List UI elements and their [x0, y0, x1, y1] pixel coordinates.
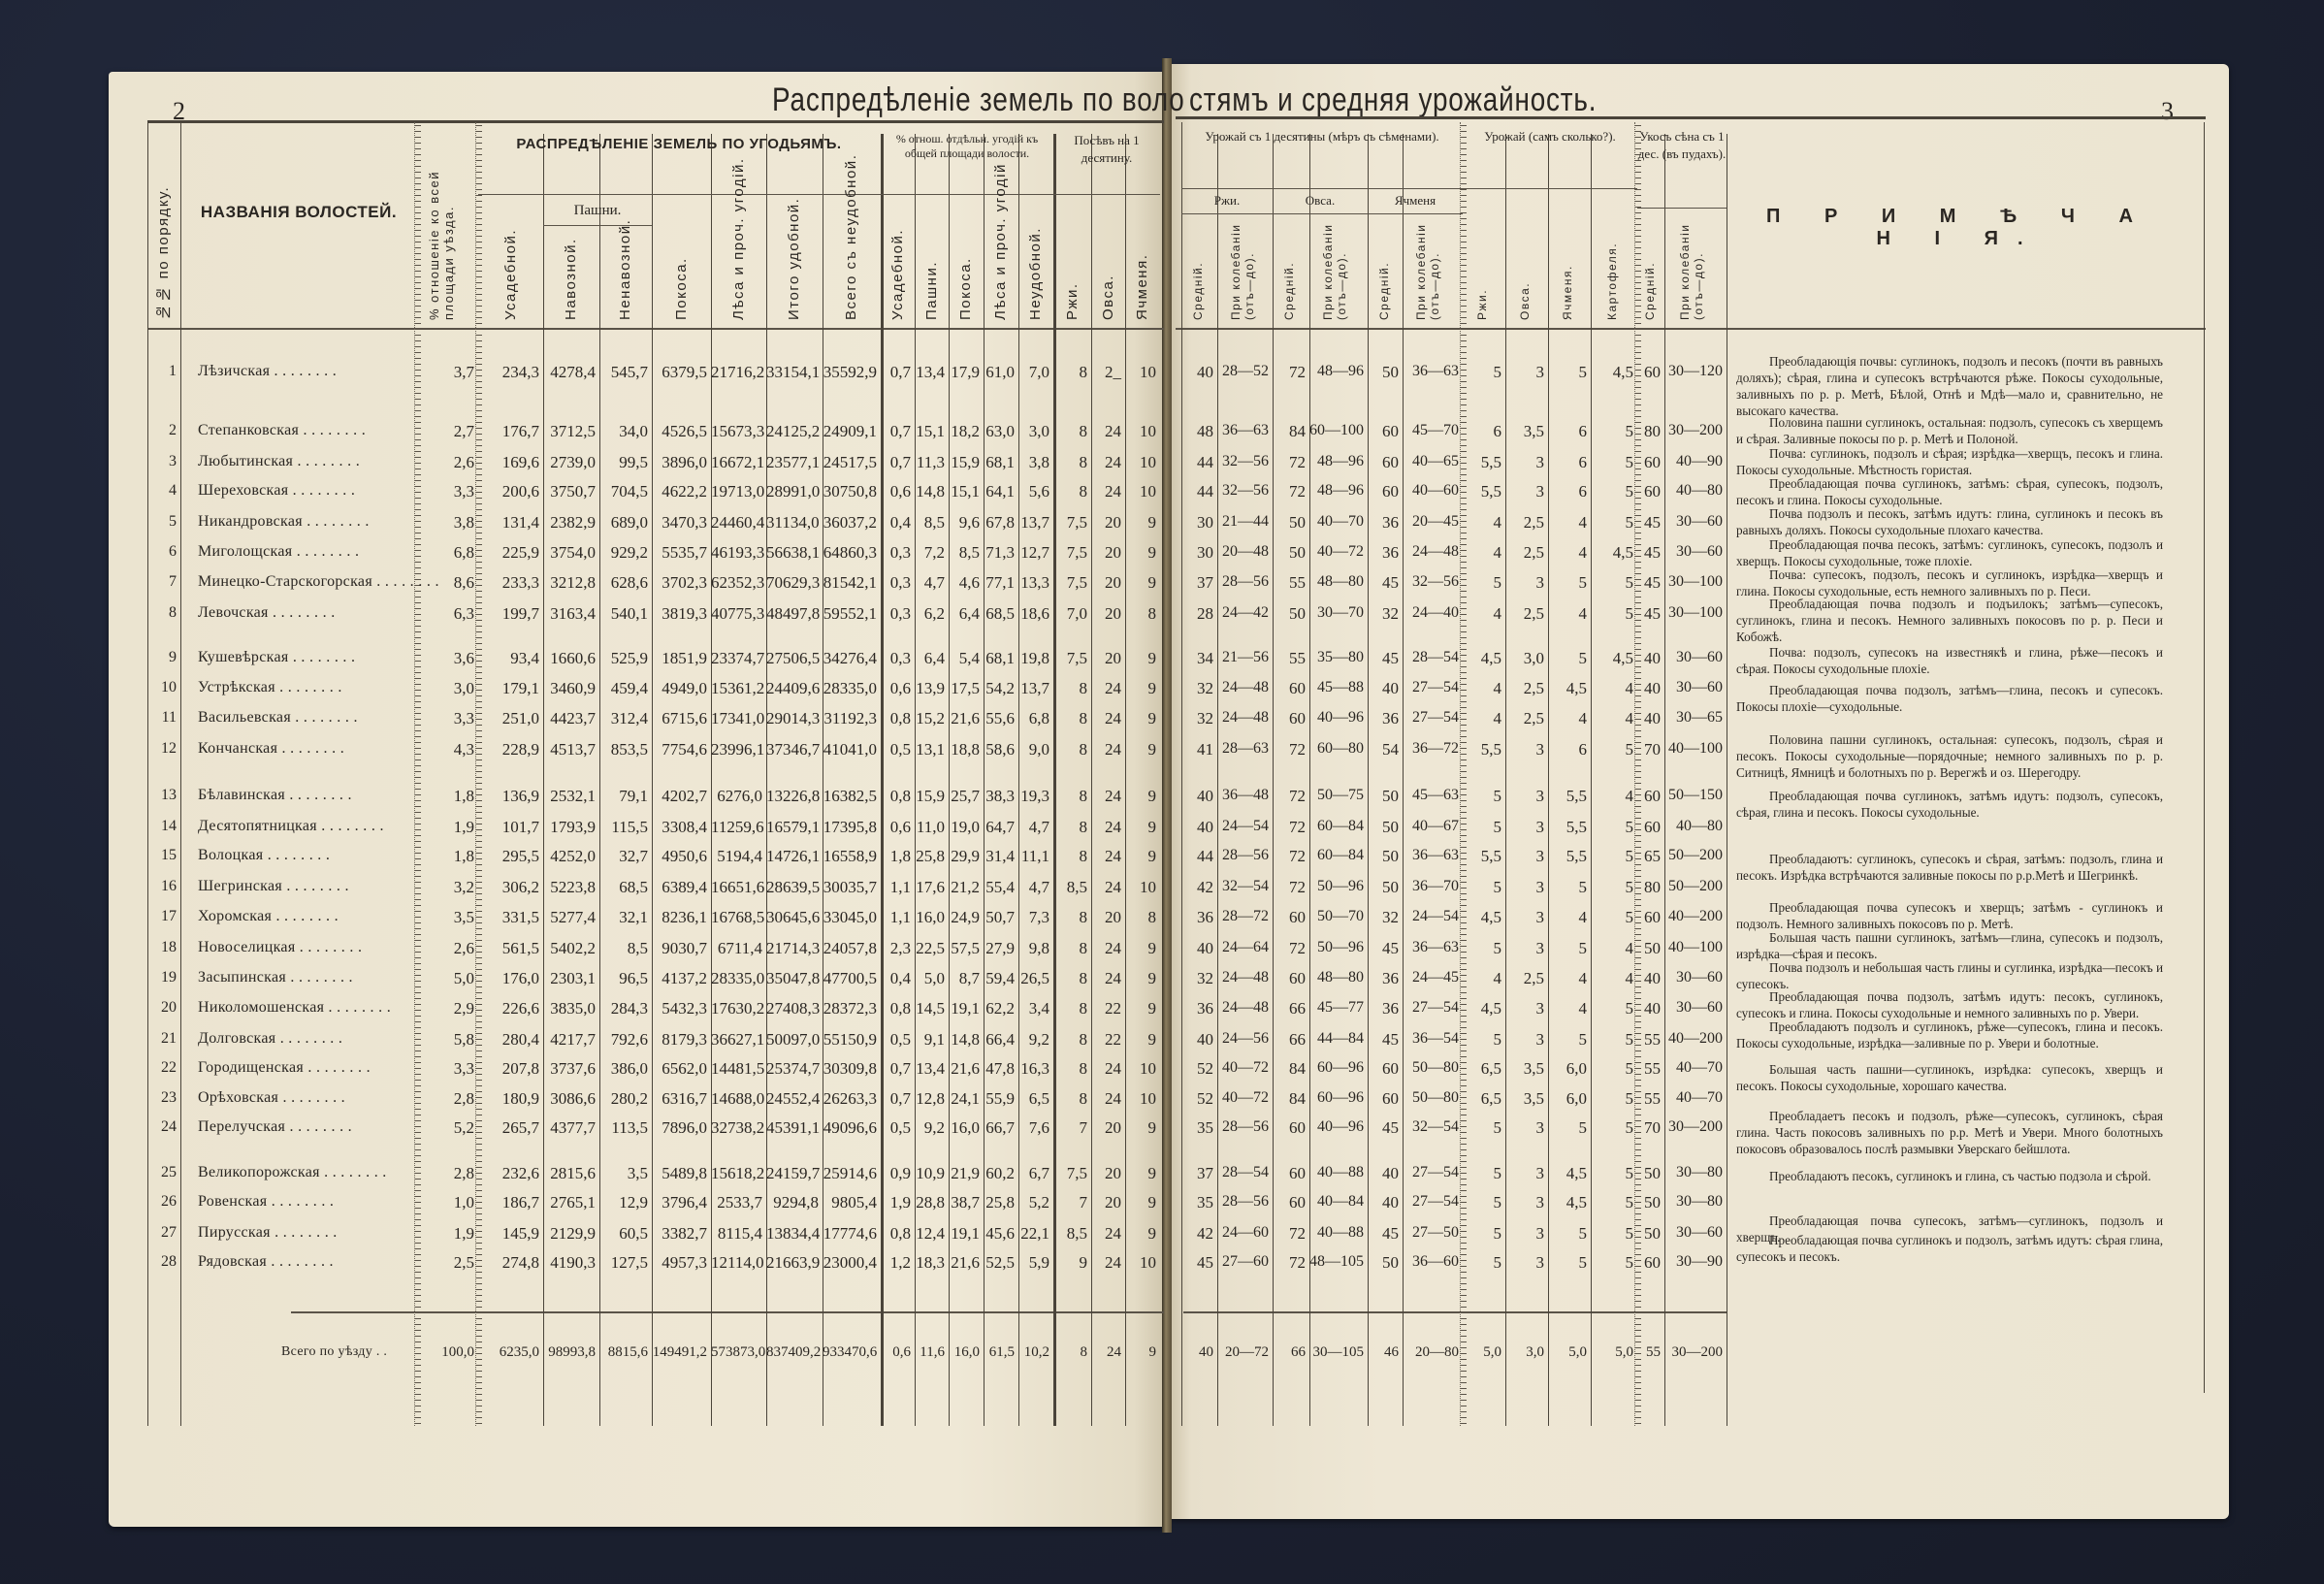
cell-p-les: 64,7: [984, 818, 1015, 837]
cell-p-neud: 3,4: [1018, 999, 1049, 1018]
cell-itogo: 33154,1: [766, 363, 819, 382]
header-rule-right: [1176, 328, 2206, 330]
cell-sam-y: 4: [1548, 604, 1587, 624]
cell-vsego: 16558,9: [823, 847, 877, 866]
cell-y-r_avg: 52: [1181, 1089, 1213, 1109]
cell-itogo: 24125,2: [766, 422, 819, 441]
cell-p-pok: 18,8: [949, 740, 980, 760]
cell-sam-o: 3: [1505, 787, 1544, 806]
cell-hay-avg: 40: [1637, 709, 1661, 728]
cell-p-usad: 0,3: [881, 604, 911, 624]
cell-p-pash: 14,5: [915, 999, 945, 1018]
cell-p-pash: 16,0: [915, 908, 945, 927]
cell-hay-avg: 80: [1637, 422, 1661, 441]
cell-y-r_rng: 27—60: [1217, 1253, 1269, 1271]
cell-pct: 5,2: [417, 1118, 474, 1138]
cell-s-yach: 8: [1125, 604, 1156, 624]
cell-navoz: 3712,5: [543, 422, 596, 441]
row-number: 2: [155, 422, 177, 439]
cell-pokos: 3702,3: [652, 573, 707, 593]
cell-nenavoz: 113,5: [599, 1118, 648, 1138]
cell-itogo: 27408,3: [766, 999, 819, 1018]
cell-s-yach: 10: [1125, 1089, 1156, 1109]
cell-y-y_avg: 50: [1368, 847, 1399, 866]
cell-vsego: 25914,6: [823, 1164, 877, 1183]
cell-vsego: 26263,3: [823, 1089, 877, 1109]
cell-s-oves: 24: [1091, 1224, 1121, 1244]
row-number: 3: [155, 453, 177, 470]
cell-sam-r: 5: [1463, 1164, 1501, 1183]
cell-p-neud: 6,7: [1018, 1164, 1049, 1183]
group-rule: [1637, 208, 1727, 209]
cell-hay-avg: 60: [1637, 787, 1661, 806]
cell-sam-o: 2,5: [1505, 513, 1544, 533]
cell-y-y_rng: 50—80: [1403, 1089, 1459, 1107]
column-divider: [1727, 134, 1727, 1426]
cell-pokos: 8179,3: [652, 1030, 707, 1050]
header-pct-col: Покоса.: [957, 204, 974, 320]
volost-name: Ровенская . . . . . . . .: [198, 1193, 334, 1211]
cell-p-neud: 11,1: [1018, 847, 1049, 866]
cell-y-o_rng: 48—96: [1309, 482, 1364, 500]
cell-sam-y: 6: [1548, 453, 1587, 472]
cell-usad: 199,7: [478, 604, 539, 624]
cell-y-r_rng: 40—72: [1217, 1089, 1269, 1107]
note-entry: Преобладающая почва песокъ, затѣмъ: сугл…: [1736, 536, 2163, 569]
cell-y-o_avg: 60: [1273, 908, 1306, 927]
totals-cell-sam-r: 5,0: [1463, 1344, 1501, 1361]
totals-cell-p-pok: 16,0: [949, 1344, 980, 1361]
cell-p-pash: 13,4: [915, 363, 945, 382]
cell-pct: 4,3: [417, 740, 474, 760]
cell-usad: 331,5: [478, 908, 539, 927]
cell-p-pok: 15,1: [949, 482, 980, 501]
cell-pokos: 6389,4: [652, 878, 707, 897]
cell-itogo: 16579,1: [766, 818, 819, 837]
cell-les: 46193,3: [711, 543, 762, 563]
cell-sam-y: 5,5: [1548, 847, 1587, 866]
cell-sam-k: 5: [1591, 878, 1633, 897]
cell-pokos: 3308,4: [652, 818, 707, 837]
cell-p-les: 67,8: [984, 513, 1015, 533]
cell-vsego: 17395,8: [823, 818, 877, 837]
cell-p-usad: 0,3: [881, 573, 911, 593]
cell-p-usad: 0,6: [881, 679, 911, 698]
cell-pct: 1,0: [417, 1193, 474, 1212]
header-row-number: №№ по порядку.: [155, 194, 172, 320]
cell-p-neud: 9,2: [1018, 1030, 1049, 1050]
cell-pokos: 4137,2: [652, 969, 707, 988]
cell-y-o_rng: 48—105: [1309, 1253, 1364, 1271]
totals-cell-y-o_rng: 30—105: [1309, 1344, 1364, 1361]
totals-cell-sam-k: 5,0: [1591, 1344, 1633, 1361]
volost-name: Орѣховская . . . . . . . .: [198, 1089, 345, 1107]
cell-hay-rng: 50—150: [1664, 787, 1723, 804]
cell-y-o_avg: 84: [1273, 1089, 1306, 1109]
cell-y-o_avg: 72: [1273, 847, 1306, 866]
volost-name: Николомошенская . . . . . . . .: [198, 999, 391, 1017]
cell-y-r_avg: 40: [1181, 1030, 1213, 1050]
cell-usad: 200,6: [478, 482, 539, 501]
cell-pokos: 5432,3: [652, 999, 707, 1018]
cell-y-o_rng: 50—96: [1309, 878, 1364, 895]
cell-y-o_rng: 48—96: [1309, 453, 1364, 470]
cell-y-y_rng: 27—54: [1403, 679, 1459, 696]
header-hay-avg: Средній.: [1643, 233, 1657, 320]
cell-y-y_avg: 45: [1368, 573, 1399, 593]
cell-vsego: 17774,6: [823, 1224, 877, 1244]
cell-pokos: 6316,7: [652, 1089, 707, 1109]
cell-sam-k: 5: [1591, 1224, 1633, 1244]
cell-y-y_rng: 50—80: [1403, 1059, 1459, 1077]
cell-p-pash: 22,5: [915, 939, 945, 958]
cell-y-o_rng: 60—80: [1309, 740, 1364, 758]
group-rule: [478, 194, 881, 195]
cell-p-les: 55,6: [984, 709, 1015, 728]
cell-p-pash: 15,9: [915, 787, 945, 806]
note-entry: Большая часть пашни суглинокъ, затѣмъ—гл…: [1736, 929, 2163, 962]
totals-cell-navoz: 98993,8: [543, 1344, 596, 1361]
cell-les: 28335,0: [711, 969, 762, 988]
cell-hay-rng: 30—60: [1664, 513, 1723, 531]
cell-hay-rng: 30—200: [1664, 1118, 1723, 1136]
cell-p-pash: 14,8: [915, 482, 945, 501]
cell-p-les: 68,1: [984, 453, 1015, 472]
header-sowing-col: Ячменя.: [1134, 242, 1150, 320]
cell-usad: 233,3: [478, 573, 539, 593]
totals-cell-les: 573873,0: [711, 1344, 762, 1361]
cell-hay-rng: 30—60: [1664, 999, 1723, 1017]
cell-pct: 3,5: [417, 908, 474, 927]
totals-label: Всего по уѣзду . .: [281, 1344, 387, 1360]
cell-s-oves: 24: [1091, 679, 1121, 698]
cell-sam-k: 4,5: [1591, 363, 1633, 382]
cell-sam-r: 5: [1463, 787, 1501, 806]
cell-navoz: 5402,2: [543, 939, 596, 958]
totals-cell-s-yach: 9: [1125, 1344, 1156, 1361]
cell-sam-k: 4,5: [1591, 649, 1633, 668]
cell-itogo: 28639,5: [766, 878, 819, 897]
cell-pct: 3,7: [417, 363, 474, 382]
cell-y-r_rng: 28—56: [1217, 847, 1269, 864]
cell-vsego: 81542,1: [823, 573, 877, 593]
cell-y-y_rng: 27—54: [1403, 1193, 1459, 1211]
cell-y-o_avg: 72: [1273, 482, 1306, 501]
cell-p-les: 25,8: [984, 1193, 1015, 1212]
cell-y-y_rng: 45—63: [1403, 787, 1459, 804]
cell-y-r_avg: 37: [1181, 573, 1213, 593]
cell-hay-rng: 30—100: [1664, 604, 1723, 622]
header-samy-col: Картофеля.: [1605, 233, 1619, 320]
cell-y-y_avg: 40: [1368, 1193, 1399, 1212]
cell-usad: 274,8: [478, 1253, 539, 1273]
cell-sam-o: 3: [1505, 740, 1544, 760]
cell-p-les: 68,5: [984, 604, 1015, 624]
cell-navoz: 2815,6: [543, 1164, 596, 1183]
cell-y-o_avg: 60: [1273, 679, 1306, 698]
cell-sam-r: 4: [1463, 969, 1501, 988]
cell-y-y_rng: 36—54: [1403, 1030, 1459, 1048]
cell-y-r_rng: 28—56: [1217, 1118, 1269, 1136]
note-entry: Преобладаютъ песокъ, суглинокъ и глина, …: [1736, 1168, 2163, 1184]
header-pct-col: Пашни.: [923, 204, 940, 320]
cell-les: 5194,4: [711, 847, 762, 866]
cell-p-usad: 1,1: [881, 878, 911, 897]
totals-cell-nenavoz: 8815,6: [599, 1344, 648, 1361]
cell-itogo: 21714,3: [766, 939, 819, 958]
cell-sam-y: 4: [1548, 908, 1587, 927]
cell-y-o_rng: 30—70: [1309, 604, 1364, 622]
cell-itogo: 24159,7: [766, 1164, 819, 1183]
cell-pct: 2,5: [417, 1253, 474, 1273]
cell-sam-r: 5,5: [1463, 482, 1501, 501]
cell-p-les: 59,4: [984, 969, 1015, 988]
cell-hay-rng: 30—120: [1664, 363, 1723, 380]
cell-navoz: 4278,4: [543, 363, 596, 382]
cell-s-yach: 9: [1125, 649, 1156, 668]
cell-p-pash: 13,9: [915, 679, 945, 698]
cell-pokos: 7896,0: [652, 1118, 707, 1138]
cell-itogo: 50097,0: [766, 1030, 819, 1050]
cell-y-y_avg: 60: [1368, 1089, 1399, 1109]
cell-sam-y: 5,5: [1548, 787, 1587, 806]
note-entry: Половина пашни суглинокъ, остальная: под…: [1736, 414, 2163, 447]
cell-nenavoz: 704,5: [599, 482, 648, 501]
cell-vsego: 9805,4: [823, 1193, 877, 1212]
cell-hay-avg: 45: [1637, 604, 1661, 624]
cell-y-o_rng: 40—88: [1309, 1224, 1364, 1242]
cell-pokos: 9030,7: [652, 939, 707, 958]
top-rule-right: [1176, 116, 2206, 119]
cell-s-oves: 20: [1091, 1193, 1121, 1212]
header-pct-col: Неудобной.: [1027, 204, 1044, 320]
cell-s-oves: 24: [1091, 939, 1121, 958]
cell-y-y_avg: 36: [1368, 999, 1399, 1018]
cell-pct: 3,0: [417, 679, 474, 698]
cell-pokos: 7754,6: [652, 740, 707, 760]
cell-sam-r: 4: [1463, 543, 1501, 563]
cell-y-r_rng: 32—56: [1217, 453, 1269, 470]
cell-hay-rng: 30—100: [1664, 573, 1723, 591]
cell-y-r_avg: 36: [1181, 908, 1213, 927]
cell-y-y_rng: 24—54: [1403, 908, 1459, 925]
totals-cell-y-o_avg: 66: [1273, 1344, 1306, 1361]
volost-name: Шереховская . . . . . . . .: [198, 482, 355, 500]
row-number: 19: [155, 969, 177, 986]
cell-y-y_avg: 50: [1368, 1253, 1399, 1273]
cell-pct: 8,6: [417, 573, 474, 593]
cell-nenavoz: 96,5: [599, 969, 648, 988]
cell-hay-rng: 30—60: [1664, 969, 1723, 986]
cell-sam-y: 4: [1548, 543, 1587, 563]
header-sowing: Посѣвъ на 1 десятину.: [1053, 132, 1160, 167]
volost-name: Кушевѣрская . . . . . . . .: [198, 649, 355, 666]
cell-p-les: 71,3: [984, 543, 1015, 563]
cell-nenavoz: 525,9: [599, 649, 648, 668]
cell-y-y_rng: 40—60: [1403, 482, 1459, 500]
row-number: 1: [155, 363, 177, 380]
cell-p-pash: 18,3: [915, 1253, 945, 1273]
volost-name: Никандровская . . . . . . . .: [198, 513, 370, 531]
cell-sam-o: 2,5: [1505, 604, 1544, 624]
cell-y-y_rng: 40—67: [1403, 818, 1459, 835]
cell-p-pok: 21,2: [949, 878, 980, 897]
cell-sam-y: 5: [1548, 939, 1587, 958]
volost-name: Волоцкая . . . . . . . .: [198, 847, 330, 864]
cell-pct: 2,8: [417, 1089, 474, 1109]
cell-y-y_rng: 27—50: [1403, 1224, 1459, 1242]
header-yield-range: При колебаніи (отъ—до).: [1321, 221, 1352, 320]
cell-pct: 3,3: [417, 1059, 474, 1079]
cell-s-yach: 9: [1125, 709, 1156, 728]
cell-p-les: 52,5: [984, 1253, 1015, 1273]
row-number: 21: [155, 1030, 177, 1048]
page-title-right: стямъ и средняя урожайность.: [1189, 81, 1597, 119]
cell-pct: 1,9: [417, 1224, 474, 1244]
cell-pct: 3,3: [417, 709, 474, 728]
volost-name: Васильевская . . . . . . . .: [198, 709, 358, 727]
cell-les: 6711,4: [711, 939, 762, 958]
cell-sam-k: 4,5: [1591, 543, 1633, 563]
cell-p-usad: 0,5: [881, 1030, 911, 1050]
cell-p-neud: 4,7: [1018, 818, 1049, 837]
cell-sam-k: 5: [1591, 740, 1633, 760]
totals-cell-y-y_rng: 20—80: [1403, 1344, 1459, 1361]
cell-y-r_avg: 40: [1181, 787, 1213, 806]
cell-y-r_avg: 44: [1181, 453, 1213, 472]
header-samy-col: Овса.: [1518, 233, 1532, 320]
cell-hay-rng: 40—200: [1664, 908, 1723, 925]
cell-sam-r: 4: [1463, 679, 1501, 698]
cell-les: 19713,0: [711, 482, 762, 501]
cell-y-y_avg: 36: [1368, 709, 1399, 728]
cell-y-y_rng: 32—56: [1403, 573, 1459, 591]
cell-p-pash: 9,2: [915, 1118, 945, 1138]
totals-cell-sam-y: 5,0: [1548, 1344, 1587, 1361]
cell-y-o_rng: 40—70: [1309, 513, 1364, 531]
cell-p-usad: 0,9: [881, 1164, 911, 1183]
cell-y-o_rng: 60—96: [1309, 1059, 1364, 1077]
cell-p-usad: 0,7: [881, 1089, 911, 1109]
cell-navoz: 2129,9: [543, 1224, 596, 1244]
volost-name: Десятопятницкая . . . . . . . .: [198, 818, 384, 835]
cell-hay-rng: 40—100: [1664, 939, 1723, 956]
cell-vsego: 24909,1: [823, 422, 877, 441]
header-yield-avg: Средній.: [1282, 233, 1296, 320]
cell-p-les: 68,1: [984, 649, 1015, 668]
cell-s-oves: 20: [1091, 543, 1121, 563]
cell-y-y_avg: 50: [1368, 787, 1399, 806]
cell-y-r_rng: 24—54: [1217, 818, 1269, 835]
cell-s-oves: 20: [1091, 1118, 1121, 1138]
cell-p-les: 62,2: [984, 999, 1015, 1018]
cell-p-neud: 9,0: [1018, 740, 1049, 760]
cell-pokos: 1851,9: [652, 649, 707, 668]
cell-y-y_avg: 45: [1368, 649, 1399, 668]
cell-vsego: 28335,0: [823, 679, 877, 698]
cell-y-y_rng: 24—45: [1403, 969, 1459, 986]
cell-usad: 280,4: [478, 1030, 539, 1050]
cell-s-oves: 20: [1091, 573, 1121, 593]
volost-name: Кончанская . . . . . . . .: [198, 740, 344, 758]
cell-nenavoz: 689,0: [599, 513, 648, 533]
header-yield-crop: Ячменя: [1368, 192, 1463, 210]
cell-pokos: 6562,0: [652, 1059, 707, 1079]
cell-y-y_avg: 36: [1368, 513, 1399, 533]
cell-p-usad: 0,5: [881, 1118, 911, 1138]
cell-sam-y: 6,0: [1548, 1059, 1587, 1079]
cell-nenavoz: 127,5: [599, 1253, 648, 1273]
cell-sam-y: 6: [1548, 740, 1587, 760]
volost-name: Бѣлавинская . . . . . . . .: [198, 787, 352, 804]
cell-y-y_rng: 36—63: [1403, 363, 1459, 380]
cell-y-o_avg: 60: [1273, 1118, 1306, 1138]
cell-hay-avg: 50: [1637, 1193, 1661, 1212]
cell-sam-y: 5: [1548, 1224, 1587, 1244]
note-entry: Почва: супесокъ, подзолъ, песокъ и сугли…: [1736, 566, 2163, 599]
totals-cell-vsego: 933470,6: [823, 1344, 877, 1361]
cell-s-yach: 9: [1125, 847, 1156, 866]
header-pashni: Пашни.: [543, 202, 652, 219]
cell-sam-k: 4: [1591, 679, 1633, 698]
cell-usad: 176,7: [478, 422, 539, 441]
cell-nenavoz: 99,5: [599, 453, 648, 472]
cell-sam-o: 3: [1505, 1030, 1544, 1050]
cell-nenavoz: 545,7: [599, 363, 648, 382]
cell-y-y_avg: 32: [1368, 604, 1399, 624]
cell-s-yach: 9: [1125, 999, 1156, 1018]
cell-hay-rng: 30—200: [1664, 422, 1723, 439]
cell-p-usad: 0,4: [881, 513, 911, 533]
cell-itogo: 9294,8: [766, 1193, 819, 1212]
cell-vsego: 59552,1: [823, 604, 877, 624]
cell-p-pash: 15,1: [915, 422, 945, 441]
cell-sam-r: 4,5: [1463, 908, 1501, 927]
cell-hay-avg: 55: [1637, 1089, 1661, 1109]
cell-p-neud: 4,7: [1018, 878, 1049, 897]
cell-nenavoz: 60,5: [599, 1224, 648, 1244]
note-entry: Преобладаютъ: суглинокъ, супесокъ и сѣра…: [1736, 851, 2163, 884]
cell-p-neud: 9,8: [1018, 939, 1049, 958]
cell-nenavoz: 12,9: [599, 1193, 648, 1212]
cell-y-o_rng: 60—100: [1309, 422, 1364, 439]
cell-s-yach: 8: [1125, 908, 1156, 927]
cell-y-y_avg: 60: [1368, 1059, 1399, 1079]
cell-s-yach: 9: [1125, 543, 1156, 563]
cell-y-r_avg: 36: [1181, 999, 1213, 1018]
cell-pct: 1,8: [417, 847, 474, 866]
cell-y-o_rng: 35—80: [1309, 649, 1364, 666]
cell-s-rozh: 8: [1053, 1059, 1087, 1079]
cell-s-oves: 20: [1091, 604, 1121, 624]
cell-hay-avg: 55: [1637, 1030, 1661, 1050]
header-land-col: Покоса.: [673, 204, 690, 320]
cell-sam-k: 5: [1591, 604, 1633, 624]
cell-y-r_rng: 36—48: [1217, 787, 1269, 804]
cell-p-pok: 6,4: [949, 604, 980, 624]
cell-p-les: 63,0: [984, 422, 1015, 441]
cell-hay-rng: 30—80: [1664, 1164, 1723, 1181]
cell-hay-rng: 40—90: [1664, 453, 1723, 470]
row-number: 22: [155, 1059, 177, 1077]
cell-itogo: 35047,8: [766, 969, 819, 988]
volost-name: Минецко-Старскогорская . . . . . . . .: [198, 573, 439, 591]
cell-navoz: 3737,6: [543, 1059, 596, 1079]
cell-y-o_avg: 60: [1273, 1193, 1306, 1212]
cell-hay-rng: 40—80: [1664, 818, 1723, 835]
header-yield: Урожай съ 1 десятины (мѣръ съ сѣменами).: [1181, 128, 1463, 145]
cell-sam-y: 6: [1548, 422, 1587, 441]
